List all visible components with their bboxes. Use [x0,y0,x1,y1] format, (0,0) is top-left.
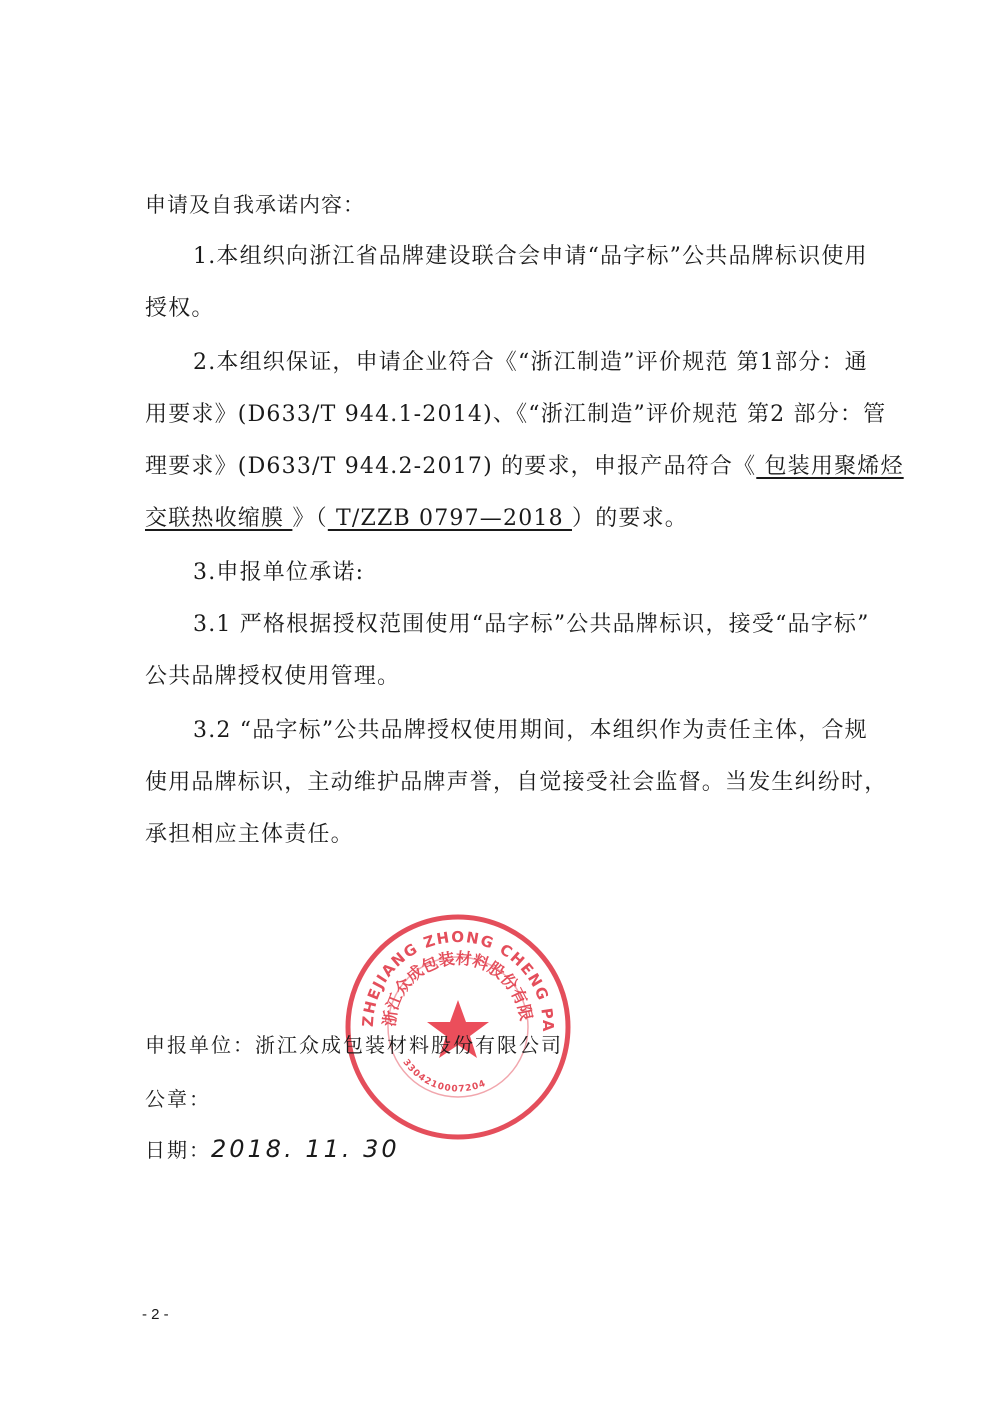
date-label: 日期： [145,1138,211,1162]
para2-line4-end: ）的要求。 [572,506,688,531]
seal-label: 公章： [145,1084,211,1114]
product-name-part2: 交联热收缩膜 [145,506,292,531]
para3-title: 3.申报单位承诺: [193,558,364,588]
item31-line2: 公共品牌授权使用管理。 [145,662,400,692]
item32-line1: 3.2 “品字标”公共品牌授权使用期间，本组织作为责任主体，合规 [193,716,868,746]
para1-line1: 1.本组织向浙江省品牌建设联合会申请“品字标”公共品牌标识使用 [193,242,868,272]
item32-line2: 使用品牌标识，主动维护品牌声誉，自觉接受社会监督。当发生纠纷时， [145,768,887,798]
para2-line1: 2.本组织保证，申请企业符合《“浙江制造”评价规范 第1部分：通 [193,348,868,378]
section-heading: 申请及自我承诺内容： [145,190,365,220]
date-line: 日期：2018. 11. 30 [145,1134,400,1165]
para2-line4-mid: 》（ [292,506,327,531]
para2-line3-text: 理要求》(D633/T 944.2-2017) 的要求，申报产品符合《 [145,454,756,479]
applicant-unit-line: 申报单位：浙江众成包装材料股份有限公司 [145,1030,563,1060]
para2-line4: 交联热收缩膜 》（ T/ZZB 0797—2018 ）的要求。 [145,504,688,534]
product-name-part1: 包装用聚烯烃 [756,454,903,479]
para2-line2: 用要求》(D633/T 944.1-2014)、《“浙江制造”评价规范 第2 部… [145,400,886,430]
item31-line1: 3.1 严格根据授权范围使用“品字标”公共品牌标识，接受“品字标” [193,610,870,640]
svg-text:3304210007204: 3304210007204 [400,1058,487,1095]
document-page: 申请及自我承诺内容： 1.本组织向浙江省品牌建设联合会申请“品字标”公共品牌标识… [0,0,1000,1414]
page-number: - 2 - [142,1306,169,1323]
standard-code: T/ZZB 0797—2018 [328,506,572,531]
applicant-unit-label: 申报单位： [145,1033,255,1057]
applicant-unit-name: 浙江众成包装材料股份有限公司 [255,1033,563,1057]
handwritten-date: 2018. 11. 30 [211,1135,400,1163]
para1-line2: 授权。 [145,294,215,324]
item32-line3: 承担相应主体责任。 [145,820,354,850]
company-seal-icon: ZHEJIANG ZHONG CHENG PACKING MATERIALS C… [343,912,573,1142]
para2-line3: 理要求》(D633/T 944.2-2017) 的要求，申报产品符合《 包装用聚… [145,452,904,482]
